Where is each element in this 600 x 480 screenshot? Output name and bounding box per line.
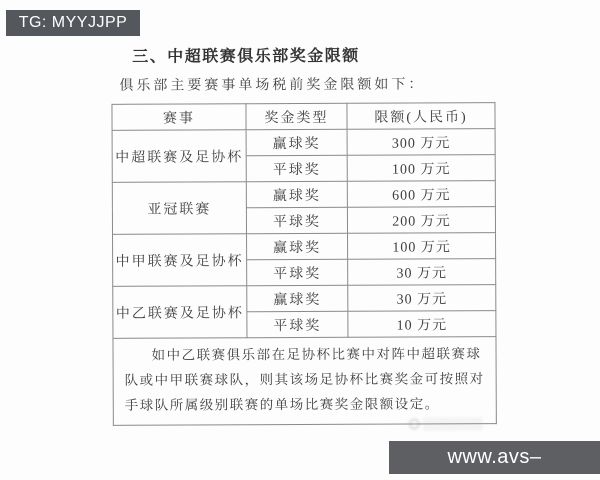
limit-cell: 100 万元 — [347, 155, 495, 182]
col-header-bonus-type: 奖金类型 — [246, 103, 347, 129]
limit-cell: 10 万元 — [348, 311, 496, 338]
document-subtitle: 俱乐部主要赛事单场税前奖金限额如下： — [119, 73, 425, 94]
bonus-type-cell: 赢球奖 — [247, 285, 348, 311]
page: TG: MYYJJPP 三、中超联赛俱乐部奖金限额 俱乐部主要赛事单场税前奖金限… — [0, 0, 600, 480]
limit-cell: 30 万元 — [348, 259, 496, 286]
site-url-badge: www.avs–mahjong.com — [389, 441, 600, 474]
event-cell: 亚冠联赛 — [112, 182, 246, 235]
table-row: 中超联赛及足协杯 赢球奖 300 万元 — [112, 129, 495, 157]
table-note-row: 如中乙联赛俱乐部在足协杯比赛中对阵中超联赛球队或中甲联赛球队，则其该场足协杯比赛… — [113, 337, 496, 426]
table-header-row: 赛事 奖金类型 限额(人民币) — [112, 103, 495, 131]
bonus-limit-table: 赛事 奖金类型 限额(人民币) 中超联赛及足协杯 赢球奖 300 万元 平球奖 … — [111, 102, 496, 426]
bonus-type-cell: 赢球奖 — [246, 181, 347, 207]
limit-cell: 100 万元 — [348, 233, 496, 260]
table-row: 亚冠联赛 赢球奖 600 万元 — [112, 181, 495, 209]
event-cell: 中甲联赛及足协杯 — [113, 234, 247, 287]
limit-cell: 200 万元 — [347, 207, 495, 234]
document-title: 三、中超联赛俱乐部奖金限额 — [132, 43, 360, 67]
col-header-event: 赛事 — [112, 104, 246, 131]
event-cell: 中超联赛及足协杯 — [112, 130, 246, 183]
bonus-type-cell: 赢球奖 — [246, 129, 347, 155]
bonus-type-cell: 平球奖 — [247, 311, 348, 337]
table-row: 中甲联赛及足协杯 赢球奖 100 万元 — [113, 233, 496, 261]
event-cell: 中乙联赛及足协杯 — [113, 286, 247, 339]
bonus-type-cell: 平球奖 — [246, 155, 347, 181]
col-header-limit: 限额(人民币) — [347, 103, 495, 130]
bonus-type-cell: 赢球奖 — [247, 233, 348, 259]
limit-cell: 600 万元 — [347, 181, 495, 208]
bonus-type-cell: 平球奖 — [247, 259, 348, 285]
bonus-type-cell: 平球奖 — [246, 207, 347, 233]
table-row: 中乙联赛及足协杯 赢球奖 30 万元 — [113, 285, 496, 313]
limit-cell: 30 万元 — [348, 285, 496, 312]
scanned-document: 三、中超联赛俱乐部奖金限额 俱乐部主要赛事单场税前奖金限额如下： 赛事 奖金类型… — [0, 0, 600, 461]
table-note: 如中乙联赛俱乐部在足协杯比赛中对阵中超联赛球队或中甲联赛球队，则其该场足协杯比赛… — [113, 337, 496, 426]
limit-cell: 300 万元 — [347, 129, 495, 156]
